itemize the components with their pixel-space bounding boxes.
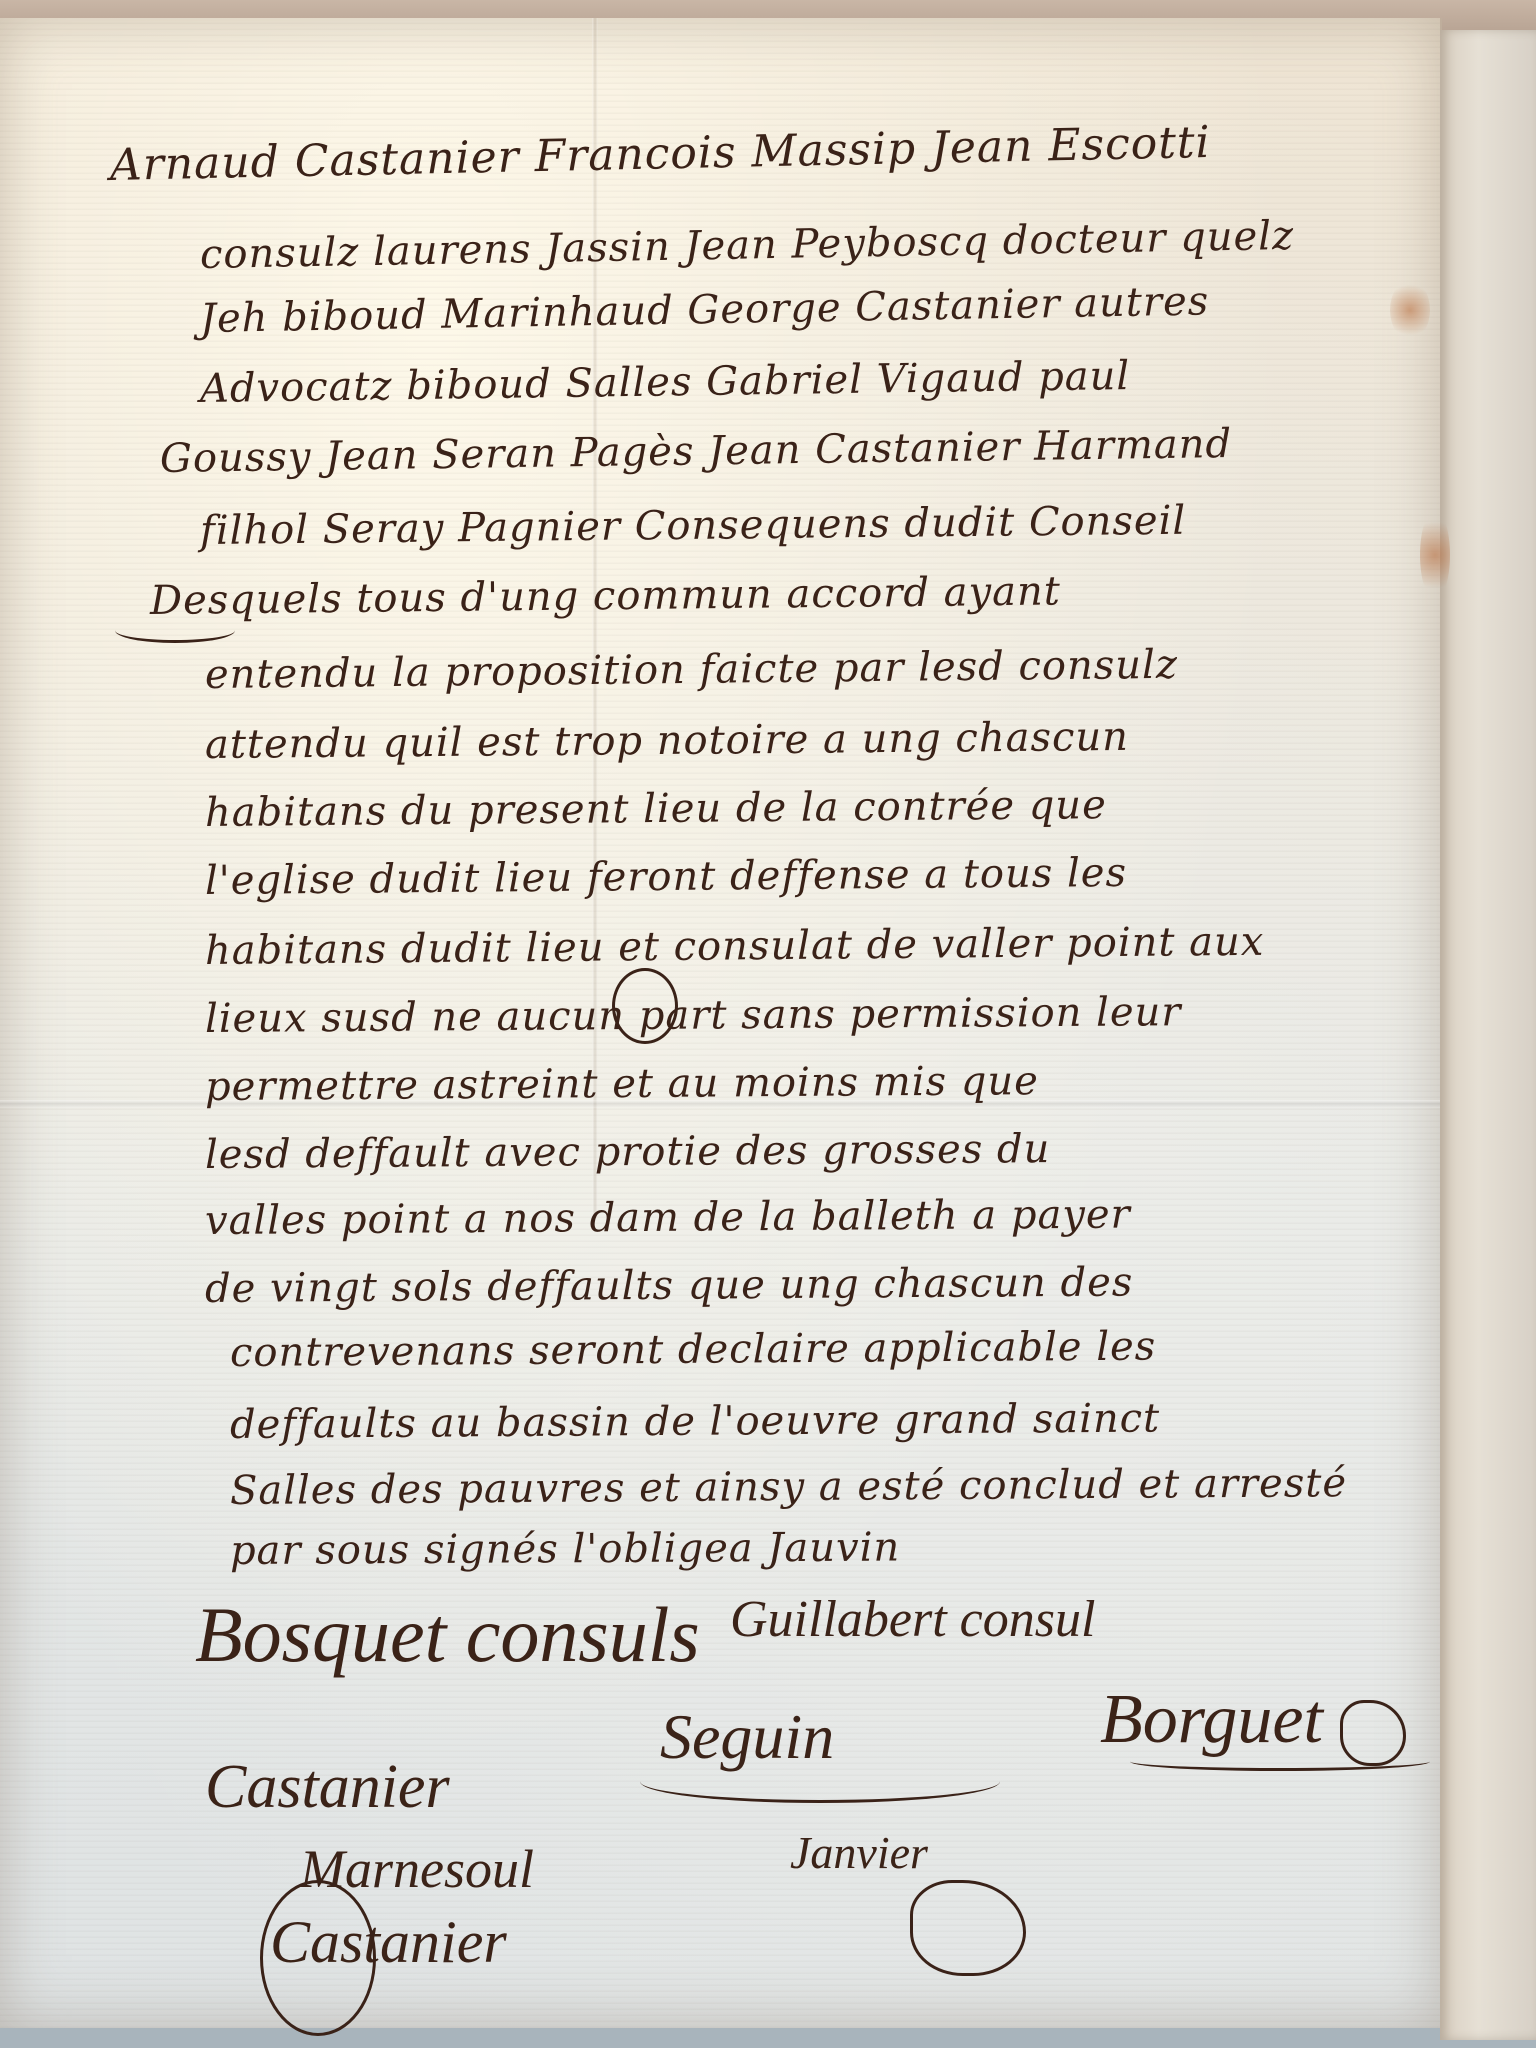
text-line-21: par sous signés l'obligea Jauvin — [230, 1524, 900, 1574]
adjacent-page-edge — [1440, 30, 1536, 2040]
text-line-16: valles point a nos dam de la balleth a p… — [205, 1192, 1131, 1244]
text-line-11: l'eglise dudit lieu feront deffense a to… — [205, 850, 1127, 904]
signature-loop — [260, 1880, 376, 2036]
text-line-17: de vingt sols deffaults que ung chascun … — [205, 1260, 1134, 1312]
text-line-9: attendu quil est trop notoire a ung chas… — [205, 714, 1129, 768]
text-line-10: habitans du present lieu de la contrée q… — [205, 782, 1107, 836]
text-line-20: Salles des pauvres et ainsy a esté concl… — [230, 1460, 1347, 1514]
rust-stain — [1420, 510, 1450, 600]
signature-bosquet: Bosquet consuls — [195, 1590, 700, 1680]
signature-janvier: Janvier — [790, 1826, 928, 1879]
text-line-14: permettre astreint et au moins mis que — [205, 1058, 1039, 1110]
pen-flourish — [115, 618, 235, 643]
signature-guillabert: Guillabert consul — [730, 1590, 1095, 1649]
pen-flourish — [1130, 1752, 1430, 1771]
text-line-18: contrevenans seront declaire applicable … — [230, 1324, 1157, 1376]
text-line-12: habitans dudit lieu et consulat de valle… — [205, 919, 1265, 974]
signature-castanier-1: Castanier — [205, 1752, 450, 1823]
circled-word-mark — [612, 968, 678, 1044]
rust-stain — [1390, 280, 1430, 340]
text-line-19: deffaults au bassin de l'oeuvre grand sa… — [230, 1396, 1160, 1448]
text-line-13: lieux susd ne aucun part sans permission… — [205, 989, 1182, 1042]
text-line-15: lesd deffault avec protie des grosses du — [205, 1126, 1051, 1178]
text-line-7: Desquels tous d'ung commun accord ayant — [150, 568, 1061, 624]
pen-flourish — [640, 1760, 1000, 1803]
manuscript-photo: Arnaud Castanier Francois Massip Jean Es… — [0, 0, 1536, 2048]
signature-borguet: Borguet — [1100, 1680, 1323, 1760]
